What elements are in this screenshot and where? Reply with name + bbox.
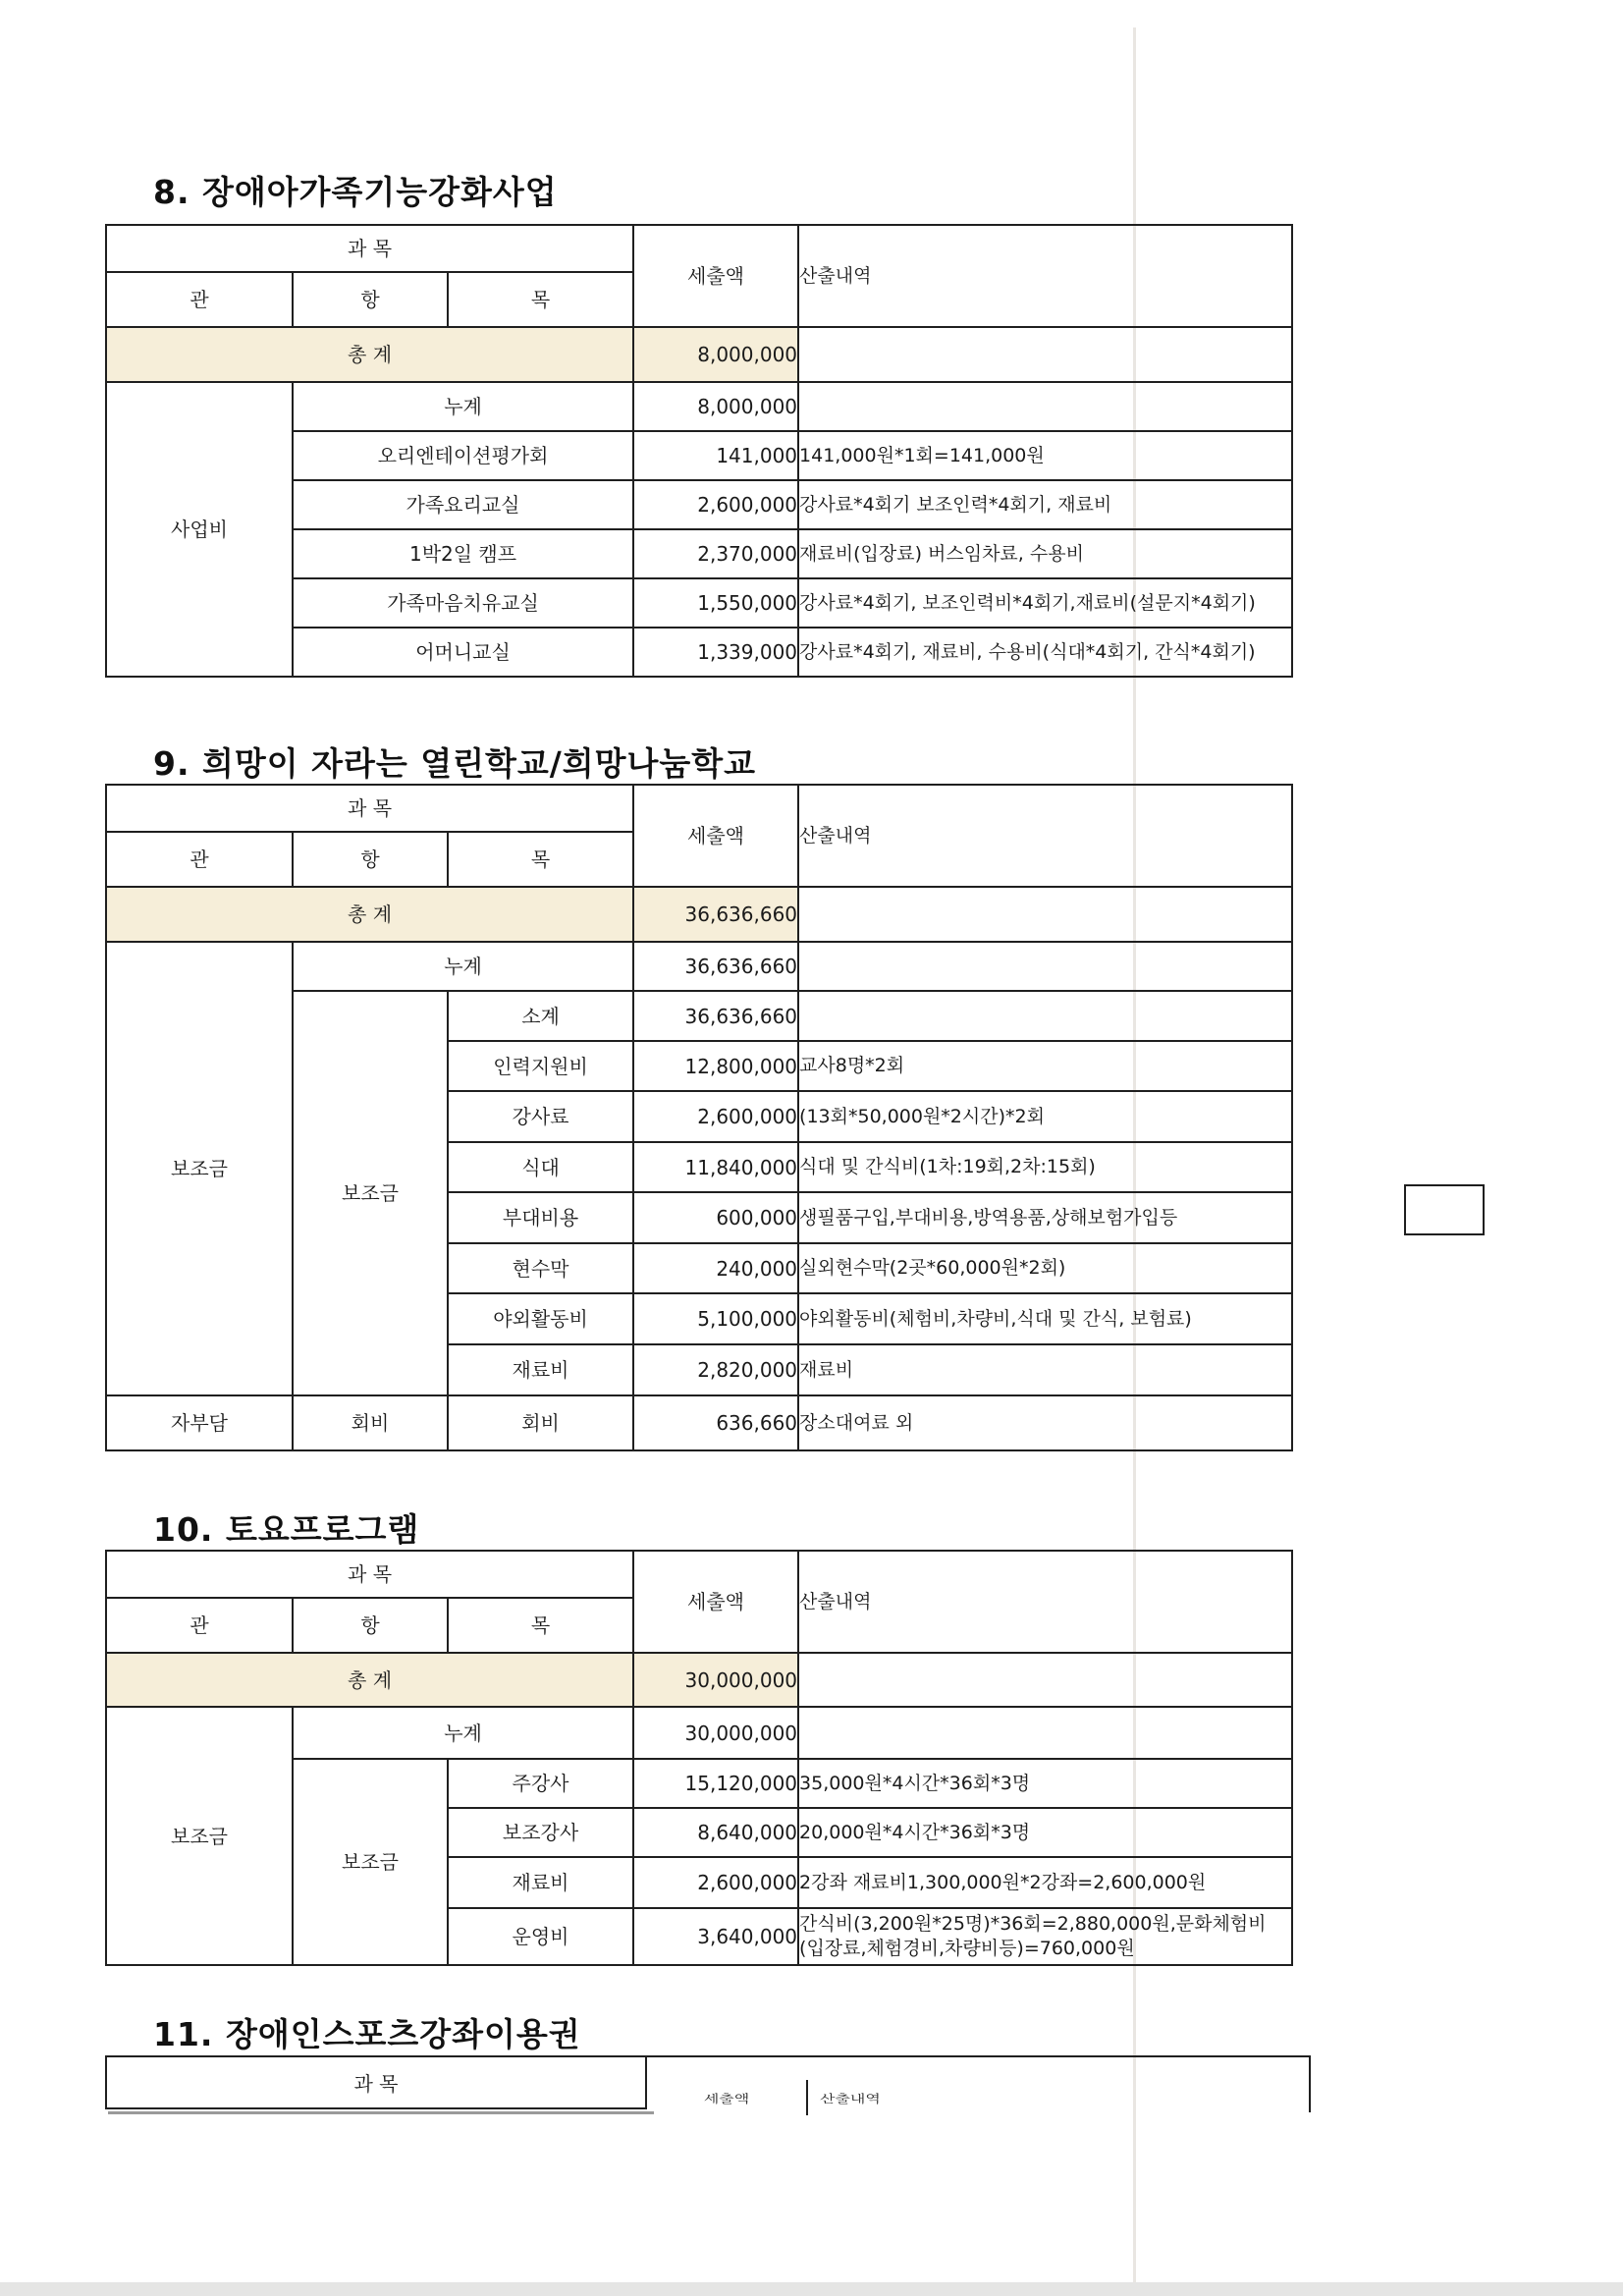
- col-header-gwan: 관: [106, 1598, 293, 1653]
- cumulative-label: 누계: [293, 382, 633, 431]
- detail-cell: 야외활동비(체험비,차량비,식대 및 간식, 보험료): [798, 1293, 1292, 1344]
- subject-header: 과 목: [106, 785, 633, 832]
- item-name: 어머니교실: [293, 628, 633, 677]
- total-amount: 36,636,660: [633, 887, 798, 942]
- amount-cell: 240,000: [633, 1243, 798, 1293]
- subtotal-label: 소계: [448, 991, 633, 1041]
- section-11-title: 11. 장애인스포츠강좌이용권: [153, 2009, 581, 2055]
- amount-cell: 12,800,000: [633, 1041, 798, 1091]
- amount-header: 세출액: [633, 225, 798, 327]
- table-11-column-divider: [806, 2080, 808, 2115]
- amount-cell: 5,100,000: [633, 1293, 798, 1344]
- total-detail: [798, 1653, 1292, 1707]
- amount-cell: 600,000: [633, 1192, 798, 1243]
- col-header-hang: 항: [293, 272, 448, 327]
- cumulative-detail: [798, 1707, 1292, 1759]
- total-amount: 30,000,000: [633, 1653, 798, 1707]
- detail-cell: 강사료*4회기, 보조인력비*4회기,재료비(설문지*4회기): [798, 578, 1292, 628]
- col-header-hang: 항: [293, 1598, 448, 1653]
- item-name: 현수막: [448, 1243, 633, 1293]
- hang-cell: 회비: [293, 1395, 448, 1450]
- col-header-mok: 목: [448, 272, 633, 327]
- cumulative-row: 보조금 누계 36,636,660: [106, 942, 1292, 991]
- item-name: 오리엔테이션평가회: [293, 431, 633, 480]
- col-header-gwan: 관: [106, 832, 293, 887]
- detail-cell: 재료비(입장료) 버스임차료, 수용비: [798, 529, 1292, 578]
- item-name: 부대비용: [448, 1192, 633, 1243]
- detail-header: 산출내역: [798, 225, 1292, 327]
- item-name: 회비: [448, 1395, 633, 1450]
- detail-cell: (13회*50,000원*2시간)*2회: [798, 1091, 1292, 1142]
- col-header-mok: 목: [448, 832, 633, 887]
- total-amount: 8,000,000: [633, 327, 798, 382]
- detail-cell: 식대 및 간식비(1차:19회,2차:15회): [798, 1142, 1292, 1192]
- detail-cell: 141,000원*1회=141,000원: [798, 431, 1292, 480]
- detail-cell: 강사료*4회기, 재료비, 수용비(식대*4회기, 간식*4회기): [798, 628, 1292, 677]
- table-11-detail-header: 산출내역: [820, 2090, 1016, 2106]
- amount-cell: 15,120,000: [633, 1759, 798, 1808]
- item-name: 가족마음치유교실: [293, 578, 633, 628]
- col-header-mok: 목: [448, 1598, 633, 1653]
- detail-cell: 35,000원*4시간*36회*3명: [798, 1759, 1292, 1808]
- table-11-scan-shadow: [108, 2111, 654, 2114]
- amount-cell: 8,640,000: [633, 1808, 798, 1857]
- scanned-budget-page: 8. 장애아가족기능강화사업 과 목 세출액 산출내역 관 항 목 총 계 8,…: [0, 0, 1623, 2296]
- hang-cell: 보조금: [293, 1759, 448, 1965]
- table-11-amount-header: 세출액: [647, 2090, 806, 2106]
- total-detail: [798, 887, 1292, 942]
- empty-annotation-box: [1404, 1184, 1485, 1235]
- detail-cell: 생필품구입,부대비용,방역용품,상해보험가입등: [798, 1192, 1292, 1243]
- amount-cell: 2,600,000: [633, 1857, 798, 1908]
- cumulative-label: 누계: [293, 1707, 633, 1759]
- budget-table-10: 과 목 세출액 산출내역 관 항 목 총 계 30,000,000 보조금 누계…: [105, 1550, 1293, 1966]
- cumulative-row: 보조금 누계 30,000,000: [106, 1707, 1292, 1759]
- page-bottom-edge: [0, 2282, 1623, 2296]
- item-name: 강사료: [448, 1091, 633, 1142]
- total-detail: [798, 327, 1292, 382]
- total-label: 총 계: [106, 1653, 633, 1707]
- cumulative-detail: [798, 382, 1292, 431]
- item-name: 인력지원비: [448, 1041, 633, 1091]
- detail-cell: 20,000원*4시간*36회*3명: [798, 1808, 1292, 1857]
- item-name: 재료비: [448, 1857, 633, 1908]
- item-name: 야외활동비: [448, 1293, 633, 1344]
- subject-header: 과 목: [106, 225, 633, 272]
- item-name: 재료비: [448, 1344, 633, 1395]
- detail-header: 산출내역: [798, 785, 1292, 887]
- item-name: 1박2일 캠프: [293, 529, 633, 578]
- total-row: 총 계 30,000,000: [106, 1653, 1292, 1707]
- amount-cell: 2,820,000: [633, 1344, 798, 1395]
- amount-cell: 2,370,000: [633, 529, 798, 578]
- detail-cell: 교사8명*2회: [798, 1041, 1292, 1091]
- amount-cell: 1,339,000: [633, 628, 798, 677]
- gwan-cell: 보조금: [106, 1707, 293, 1965]
- cumulative-label: 누계: [293, 942, 633, 991]
- gwan-cell: 보조금: [106, 942, 293, 1395]
- cumulative-amount: 8,000,000: [633, 382, 798, 431]
- budget-table-9: 과 목 세출액 산출내역 관 항 목 총 계 36,636,660 보조금 누계…: [105, 784, 1293, 1451]
- amount-cell: 1,550,000: [633, 578, 798, 628]
- amount-cell: 2,600,000: [633, 1091, 798, 1142]
- section-8-title: 8. 장애아가족기능강화사업: [153, 167, 558, 213]
- subtotal-detail: [798, 991, 1292, 1041]
- cumulative-row: 사업비 누계 8,000,000: [106, 382, 1292, 431]
- total-row: 총 계 36,636,660: [106, 887, 1292, 942]
- detail-header: 산출내역: [798, 1551, 1292, 1653]
- detail-cell: 간식비(3,200원*25명)*36회=2,880,000원,문화체험비(입장료…: [798, 1908, 1292, 1965]
- amount-header: 세출액: [633, 785, 798, 887]
- table-11-right-border: [1309, 2055, 1311, 2112]
- cumulative-amount: 30,000,000: [633, 1707, 798, 1759]
- detail-cell: 장소대여료 외: [798, 1395, 1292, 1450]
- col-header-hang: 항: [293, 832, 448, 887]
- amount-cell: 141,000: [633, 431, 798, 480]
- detail-cell: 재료비: [798, 1344, 1292, 1395]
- amount-cell: 3,640,000: [633, 1908, 798, 1965]
- item-name: 운영비: [448, 1908, 633, 1965]
- amount-cell: 2,600,000: [633, 480, 798, 529]
- subtotal-amount: 36,636,660: [633, 991, 798, 1041]
- self-funding-row: 자부담 회비 회비 636,660 장소대여료 외: [106, 1395, 1292, 1450]
- gwan-cell: 자부담: [106, 1395, 293, 1450]
- gwan-cell: 사업비: [106, 382, 293, 677]
- amount-cell: 11,840,000: [633, 1142, 798, 1192]
- total-label: 총 계: [106, 887, 633, 942]
- item-name: 보조강사: [448, 1808, 633, 1857]
- amount-cell: 636,660: [633, 1395, 798, 1450]
- section-10-title: 10. 토요프로그램: [153, 1504, 419, 1551]
- col-header-gwan: 관: [106, 272, 293, 327]
- total-label: 총 계: [106, 327, 633, 382]
- detail-cell: 강사료*4회기 보조인력*4회기, 재료비: [798, 480, 1292, 529]
- section-9-title: 9. 희망이 자라는 열린학교/희망나눔학교: [153, 738, 756, 785]
- cumulative-detail: [798, 942, 1292, 991]
- hang-cell: 보조금: [293, 991, 448, 1395]
- subject-header: 과 목: [106, 1551, 633, 1598]
- item-name: 가족요리교실: [293, 480, 633, 529]
- cumulative-amount: 36,636,660: [633, 942, 798, 991]
- total-row: 총 계 8,000,000: [106, 327, 1292, 382]
- budget-table-8: 과 목 세출액 산출내역 관 항 목 총 계 8,000,000 사업비 누계 …: [105, 224, 1293, 678]
- item-name: 주강사: [448, 1759, 633, 1808]
- detail-cell: 2강좌 재료비1,300,000원*2강좌=2,600,000원: [798, 1857, 1292, 1908]
- detail-cell: 실외현수막(2곳*60,000원*2회): [798, 1243, 1292, 1293]
- item-name: 식대: [448, 1142, 633, 1192]
- amount-header: 세출액: [633, 1551, 798, 1653]
- table-11-subject-header: 과 목: [105, 2055, 647, 2109]
